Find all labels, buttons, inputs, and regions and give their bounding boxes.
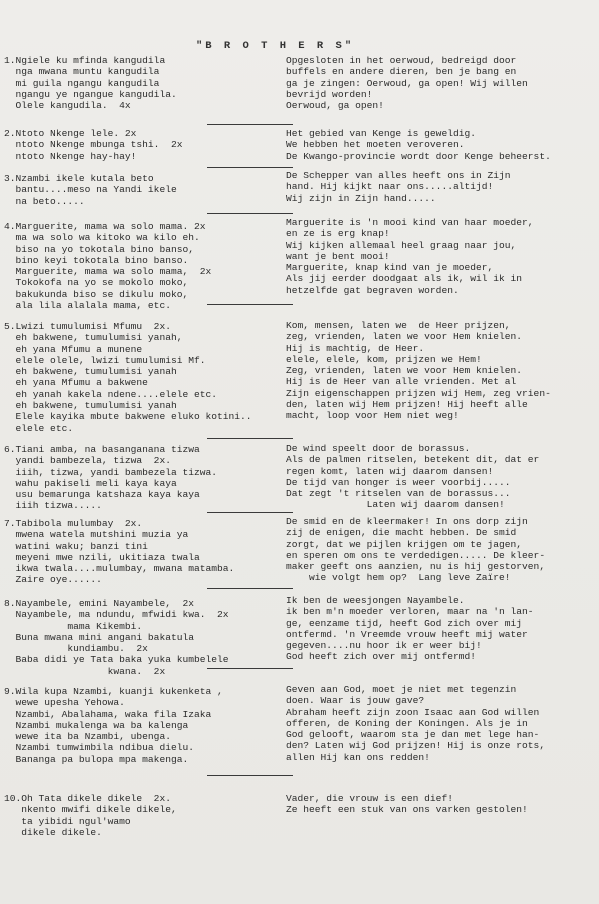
translation-line: Laten wij daarom dansen! [286, 499, 539, 510]
original-line: biso na yo tokotala bino banso, [4, 244, 211, 255]
translation-line: Ze heeft een stuk van ons varken gestole… [286, 804, 528, 815]
song-translation-1: Opgesloten in het oerwoud, bedreigd door… [286, 55, 528, 111]
original-line: eh bakwene, tumulumisi yanah [4, 366, 252, 377]
original-line: Nayambele, ma ndundu, mfwidi kwa. 2x [4, 609, 229, 620]
translation-line: Zijn eigenschappen prijzen wij Hem, zeg … [286, 388, 551, 399]
translation-line: De tijd van honger is weer voorbij..... [286, 477, 539, 488]
translation-line: buffels en andere dieren, ben je bang en [286, 66, 528, 77]
section-divider [207, 588, 293, 589]
translation-line: God heeft zich over mij ontfermd! [286, 651, 534, 662]
original-line: eh yana Mfumu a munene [4, 344, 252, 355]
translation-line: zorgt, dat we pijlen krijgen om te jagen… [286, 539, 545, 550]
original-line: nga mwana muntu kangudila [4, 66, 177, 77]
original-line: elele etc. [4, 423, 252, 434]
translation-line: Vader, die vrouw is een dief! [286, 793, 528, 804]
translation-line: want je bent mooi! [286, 251, 534, 262]
translation-line: Het gebied van Kenge is geweldig. [286, 128, 551, 139]
song-original-5: 5.Lwizi tumulumisi Mfumu 2x. eh bakwene,… [4, 321, 252, 434]
original-line: mama Kikembi. [4, 621, 229, 632]
translation-line: hand. Hij kijkt naar ons.....altijd! [286, 181, 511, 192]
song-translation-10: Vader, die vrouw is een dief!Ze heeft ee… [286, 793, 528, 816]
original-line: kundiambu. 2x [4, 643, 229, 654]
original-line: yandi bambezela, tizwa 2x. [4, 455, 217, 466]
original-line: dikele dikele. [4, 827, 177, 838]
original-line: usu bemarunga katshaza kaya kaya [4, 489, 217, 500]
original-line: wewe ita ba Nzambi, ubenga. [4, 731, 223, 742]
translation-line: ge, eenzame tijd, heeft God zich over mi… [286, 618, 534, 629]
translation-line: doen. Waar is jouw gave? [286, 695, 545, 706]
translation-line: wie volgt hem op? Lang leve Zaïre! [286, 572, 545, 583]
original-line: eh yanah kakela ndene....elele etc. [4, 389, 252, 400]
original-line: kwana. 2x [4, 666, 229, 677]
translation-line: allen Hij kan ons redden! [286, 752, 545, 763]
translation-line: Abraham heeft zijn zoon Isaac aan God wi… [286, 707, 545, 718]
song-original-7: 7.Tabibola mulumbay 2x. mwena watela mut… [4, 518, 234, 586]
original-line: Baba didi ye Tata baka yuka kumbelele [4, 654, 229, 665]
original-line: wewe upesha Yehowa. [4, 697, 223, 708]
original-line: 1.Ngiele ku mfinda kangudila [4, 55, 177, 66]
original-line: na beto..... [4, 196, 177, 207]
original-line: 2.Ntoto Nkenge lele. 2x [4, 128, 182, 139]
translation-line: zij de enigen, die macht hebben. De smid [286, 527, 545, 538]
translation-line: De Schepper van alles heeft ons in Zijn [286, 170, 511, 181]
section-divider [207, 438, 293, 439]
translation-line: Marguerite is 'n mooi kind van haar moed… [286, 217, 534, 228]
original-line: eh bakwene, tumulumisi yanah [4, 400, 252, 411]
original-line: Nzambi mukalenga wa ba kalenga [4, 720, 223, 731]
translation-line: Geven aan God, moet je niet met tegenzin [286, 684, 545, 695]
translation-line: ik ben m'n moeder verloren, maar na 'n l… [286, 606, 534, 617]
original-line: bantu....meso na Yandi ikele [4, 184, 177, 195]
song-original-9: 9.Wila kupa Nzambi, kuanji kukenketa , w… [4, 686, 223, 765]
original-line: mwena watela mutshini muzia ya [4, 529, 234, 540]
song-translation-5: Kom, mensen, laten we de Heer prijzen,ze… [286, 320, 551, 422]
original-line: Nzambi tumwimbila ndibua dielu. [4, 742, 223, 753]
original-line: bakukunda biso se dikulu moko, [4, 289, 211, 300]
translation-line: Zeg, vrienden, laten we voor Hem knielen… [286, 365, 551, 376]
section-divider [207, 213, 293, 214]
original-line: nkento mwifi dikele dikele, [4, 804, 177, 815]
original-line: iiih tizwa..... [4, 500, 217, 511]
song-original-6: 6.Tiani amba, na basanganana tizwa yandi… [4, 444, 217, 512]
original-line: ma wa solo wa kitoko wa kilo eh. [4, 232, 211, 243]
original-line: Nzambi, Abalahama, waka fila Izaka [4, 709, 223, 720]
section-divider [207, 668, 293, 669]
original-line: 5.Lwizi tumulumisi Mfumu 2x. [4, 321, 252, 332]
original-line: eh yana Mfumu a bakwene [4, 377, 252, 388]
song-translation-2: Het gebied van Kenge is geweldig.We hebb… [286, 128, 551, 162]
song-original-3: 3.Nzambi ikele kutala beto bantu....meso… [4, 173, 177, 207]
original-line: ta yibidi ngul'wamo [4, 816, 177, 827]
translation-line: elele, elele, kom, prijzen we Hem! [286, 354, 551, 365]
song-original-10: 10.Oh Tata dikele dikele 2x. nkento mwif… [4, 793, 177, 838]
translation-line: Oerwoud, ga open! [286, 100, 528, 111]
translation-line: en ze is erg knap! [286, 228, 534, 239]
translation-line: maker geeft ons aanzien, nu is hij gesto… [286, 561, 545, 572]
original-line: 9.Wila kupa Nzambi, kuanji kukenketa , [4, 686, 223, 697]
translation-line: den, laten wij Hem prijzen! Hij heeft al… [286, 399, 551, 410]
translation-line: Als de palmen ritselen, betekent dit, da… [286, 454, 539, 465]
translation-line: gegeven....nu hoor ik er weer bij! [286, 640, 534, 651]
song-translation-9: Geven aan God, moet je niet met tegenzin… [286, 684, 545, 763]
original-line: wahu pakiseli meli kaya kaya [4, 478, 217, 489]
song-original-4: 4.Marguerite, mama wa solo mama. 2x ma w… [4, 221, 211, 311]
translation-line: Wij zijn in Zijn hand..... [286, 193, 511, 204]
typewritten-page: "B R O T H E R S" 1.Ngiele ku mfinda kan… [0, 0, 599, 904]
song-original-8: 8.Nayambele, emini Nayambele, 2x Nayambe… [4, 598, 229, 677]
translation-line: De smid en de kleermaker! In ons dorp zi… [286, 516, 545, 527]
original-line: Zaire oye...... [4, 574, 234, 585]
original-line: elele olele, lwizi tumulumisi Mf. [4, 355, 252, 366]
original-line: 4.Marguerite, mama wa solo mama. 2x [4, 221, 211, 232]
translation-line: Opgesloten in het oerwoud, bedreigd door [286, 55, 528, 66]
translation-line: Hij is de Heer van alle vrienden. Met al [286, 376, 551, 387]
original-line: ikwa twala....mulumbay, mwana matamba. [4, 563, 234, 574]
original-line: ala lila alalala mama, etc. [4, 300, 211, 311]
translation-line: God gelooft, waarom sta je dan met lege … [286, 729, 545, 740]
original-line: 6.Tiani amba, na basanganana tizwa [4, 444, 217, 455]
original-line: ntoto Nkenge hay-hay! [4, 151, 182, 162]
original-line: iiih, tizwa, yandi bambezela tizwa. [4, 467, 217, 478]
original-line: 3.Nzambi ikele kutala beto [4, 173, 177, 184]
translation-line: ga je zingen: Oerwoud, ga open! Wij will… [286, 78, 528, 89]
original-line: watini waku; banzi tini [4, 541, 234, 552]
translation-line: Hij is machtig, de Heer. [286, 343, 551, 354]
section-divider [207, 304, 293, 305]
translation-line: ontfermd. 'n Vreemde vrouw heeft mij wat… [286, 629, 534, 640]
original-line: Marguerite, mama wa solo mama, 2x [4, 266, 211, 277]
translation-line: offeren, de Koning der Koningen. Als je … [286, 718, 545, 729]
original-line: mi guila ngangu kangudila [4, 78, 177, 89]
original-line: Elele kayika mbute bakwene eluko kotini.… [4, 411, 252, 422]
original-line: 7.Tabibola mulumbay 2x. [4, 518, 234, 529]
section-divider [207, 512, 293, 513]
translation-line: regen komt, laten wij daarom dansen! [286, 466, 539, 477]
original-line: Bananga pa bulopa mpa makenga. [4, 754, 223, 765]
translation-line: zeg, vrienden, laten we voor Hem knielen… [286, 331, 551, 342]
song-translation-4: Marguerite is 'n mooi kind van haar moed… [286, 217, 534, 296]
translation-line: De Kwango-provincie wordt door Kenge beh… [286, 151, 551, 162]
translation-line: bevrijd worden! [286, 89, 528, 100]
original-line: Olele kangudila. 4x [4, 100, 177, 111]
section-divider [207, 124, 293, 125]
translation-line: Wij kijken allemaal heel graag naar jou, [286, 240, 534, 251]
original-line: Tokokofa na yo se mokolo moko, [4, 277, 211, 288]
section-divider [207, 167, 293, 168]
original-line: ntoto Nkenge mbunga tshi. 2x [4, 139, 182, 150]
translation-line: hetzelfde gat begraven worden. [286, 285, 534, 296]
song-translation-3: De Schepper van alles heeft ons in Zijnh… [286, 170, 511, 204]
translation-line: Ik ben de weesjongen Nayambele. [286, 595, 534, 606]
original-line: 10.Oh Tata dikele dikele 2x. [4, 793, 177, 804]
song-original-1: 1.Ngiele ku mfinda kangudila nga mwana m… [4, 55, 177, 111]
translation-line: macht, loop voor Hem niet weg! [286, 410, 551, 421]
translation-line: Dat zegt 't ritselen van de borassus... [286, 488, 539, 499]
translation-line: en speren om ons te verdedigen..... De k… [286, 550, 545, 561]
song-translation-8: Ik ben de weesjongen Nayambele.ik ben m'… [286, 595, 534, 663]
song-translation-6: De wind speelt door de borassus.Als de p… [286, 443, 539, 511]
original-line: meyeni mwe nzili, ukitiaza twala [4, 552, 234, 563]
original-line: Buna mwana mini angani bakatula [4, 632, 229, 643]
translation-line: den? Laten wij God prijzen! Hij is onze … [286, 740, 545, 751]
original-line: bino keyi tokotala bino banso. [4, 255, 211, 266]
original-line: eh bakwene, tumulumisi yanah, [4, 332, 252, 343]
original-line: 8.Nayambele, emini Nayambele, 2x [4, 598, 229, 609]
document-title: "B R O T H E R S" [196, 40, 354, 52]
translation-line: Kom, mensen, laten we de Heer prijzen, [286, 320, 551, 331]
translation-line: De wind speelt door de borassus. [286, 443, 539, 454]
section-divider [207, 775, 293, 776]
original-line: ngangu ye ngangue kangudila. [4, 89, 177, 100]
song-original-2: 2.Ntoto Nkenge lele. 2x ntoto Nkenge mbu… [4, 128, 182, 162]
song-translation-7: De smid en de kleermaker! In ons dorp zi… [286, 516, 545, 584]
translation-line: Marguerite, knap kind van je moeder, [286, 262, 534, 273]
translation-line: Als jij eerder doodgaat als ik, wil ik i… [286, 273, 534, 284]
translation-line: We hebben het moeten veroveren. [286, 139, 551, 150]
